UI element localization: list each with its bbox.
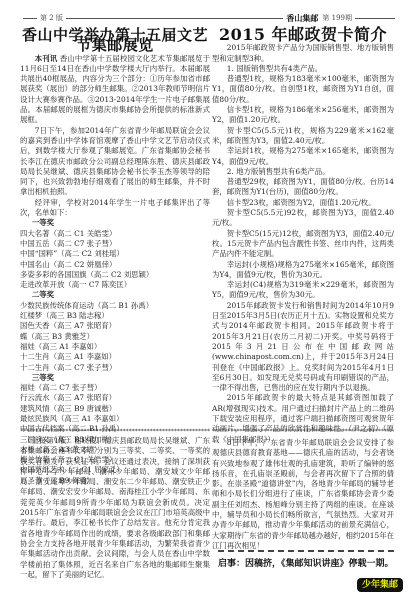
prize-entry: 福娃（高三 A1 李嘉如） [20, 342, 210, 352]
right-article: 2015 年邮政贺卡简介 2015年邮政贺卡产品分为国版销售型、地方版销售型和定… [212, 28, 394, 445]
prize-entry: 蝶（高三 B3 黄雅芝） [20, 332, 210, 342]
article-paragraph: 普通型29枚，邮资图为Y1，面值80分/枚。台历14套，邮资图为Y1(台历)，面… [212, 177, 394, 198]
article-paragraph: 贺卡型C5(5.5元)1枚，规格为229毫米×162毫米，邮资图为Y3，面值2.… [212, 126, 394, 147]
prize-entry: 十二生肖（高二 C7 张子彗） [20, 363, 210, 373]
left-article: 香山中学举办第十五届文艺节集邮展览 本刊讯 香山中学第十五届校园文化艺术节集邮展… [20, 28, 210, 486]
article-paragraph: 幸运封(小规格)规格为275毫米×165毫米，邮资图为Y4，面值9元/枚，售价为… [212, 260, 394, 281]
left-article-title: 香山中学举办第十五届文艺节集邮展览 [20, 30, 210, 51]
prize-entry: 红楼梦（高三 B3 陆志稼） [20, 311, 210, 321]
prize-entry: 建筑风情（高三 B9 唐诚楷） [20, 404, 210, 414]
notice-divider [218, 550, 394, 552]
prize-entry: 少数民族传统体育运动（高二 B1 孙禹） [20, 301, 210, 311]
page-header: 第 2 版 香山集邮 第 199期 [20, 12, 398, 24]
prize-entry: 最炫民族风（高三 A1 李嘉如） [20, 414, 210, 424]
article-paragraph: 幸运封1枚，规格为275毫米×165毫米，邮资图为Y4，面值9元/枚。 [212, 146, 394, 167]
section-divider: ****************************************… [212, 428, 394, 435]
article-paragraph: 信卡型1枚，规格为186毫米×256毫米，邮资图为Y2，面值1.20元/枚。 [212, 105, 394, 126]
lead-label: 本刊讯 [35, 54, 58, 63]
right-continued-article: 8日下午，广东省青少年邮局联谊会会议安排了参观德庆县德育教育基地——德庆孔庙的活… [212, 438, 394, 551]
issue-number: 第 199期 [322, 13, 352, 23]
left-continued-article: （上接第1版）谢晓俊、德庆县邮政局局长吴继斌、广东省集邮协会秘书长李江分别为三等… [20, 436, 210, 580]
article-paragraph: 7日下午，参加2014年广东省青少年邮局联谊会会议的嘉宾到香山中学体育馆观摩了香… [20, 126, 210, 198]
prize-entry: 行云流水（高三 A7 张昭育） [20, 393, 210, 403]
article-paragraph: 8日下午，广东省青少年邮局联谊会会议安排了参观德庆县德育教育基地——德庆孔庙的活… [212, 438, 394, 551]
article-paragraph: 信卡型23枚，邮资图为Y2，面值1.20元/枚。 [212, 198, 394, 208]
article-paragraph: 经评审，学校对2014年学生一片电子邮集评出了等次，名单如下： [20, 198, 210, 219]
right-article-title: 2015 年邮政贺卡简介 [212, 30, 394, 40]
prize-entry: 中国名山（高二 C2 姘凰倖） [20, 260, 210, 270]
article-paragraph: 本刊讯 香山中学第十五届校园文化艺术节集邮展览于11月6日至14日在香山中学数学… [20, 54, 210, 126]
header-rule [355, 18, 395, 19]
header-rule [23, 18, 37, 19]
article-paragraph: 2015年邮政贺卡发行和销售时间为2014年10月9日至2015年3月5日(农历… [212, 301, 394, 394]
article-paragraph: 2. 地方版销售型共有6类产品。 [212, 167, 394, 177]
prize-entry: 四大名著（高二 C1 关皓雯） [20, 229, 210, 239]
article-paragraph: 普通型1枚，规格为183毫米×100毫米，邮资图为Y1，面值80分/枚。自创型1… [212, 74, 394, 105]
prize-entry: 福娃（高二 C7 张子彗） [20, 383, 210, 393]
article-paragraph: 贺卡型C5(15元)12枚，邮资图为Y3，面值2.40元/枚。15元贺卡产品内包… [212, 229, 394, 260]
masthead: 香山集邮 [286, 13, 318, 24]
notice: 启事：因稿挤，《集邮知识讲座》停载一期。 [218, 556, 398, 569]
prize-entry: 中国“国粹”（高二 C2 刘桂瑶） [20, 249, 210, 259]
prize-entry: 十二生肖（高三 A1 李嘉如） [20, 352, 210, 362]
article-paragraph: 贺卡型C5(5.5元)92枚，邮资图为Y3，面值2.40元/枚。 [212, 208, 394, 229]
prize-heading: 一等奖 [20, 218, 210, 228]
prize-entry: 走进改革开放（高一 C7 陈奕匡） [20, 280, 210, 290]
prize-entry: 多姿多彩的各国国旗（高二 C2 刘思颖） [20, 270, 210, 280]
prize-heading: 三等奖 [20, 373, 210, 383]
prize-entry: 中国五岳（高二 C7 张子彗） [20, 239, 210, 249]
article-paragraph: （上接第1版）谢晓俊、德庆县邮政局局长吴继斌、广东省集邮协会秘书长李江分别为三等… [20, 436, 210, 580]
page-label: 第 2 版 [40, 13, 63, 23]
prize-entry: 国色天香（高三 A7 张昭育） [20, 321, 210, 331]
article-paragraph: 2015年邮政贺卡产品分为国版销售型、地方版销售型和定制型3种。 [212, 43, 394, 64]
article-paragraph: 幸运封(C4)规格为319毫米×229毫米，邮资图为Y5，面值9元/枚，售价为3… [212, 280, 394, 301]
article-paragraph: 1. 国版销售型共有4类产品。 [212, 64, 394, 74]
section-divider: ****************************************… [20, 428, 210, 435]
footer-logo: 少年集邮 [357, 578, 403, 592]
header-rule [66, 18, 284, 19]
prize-heading: 二等奖 [20, 290, 210, 300]
